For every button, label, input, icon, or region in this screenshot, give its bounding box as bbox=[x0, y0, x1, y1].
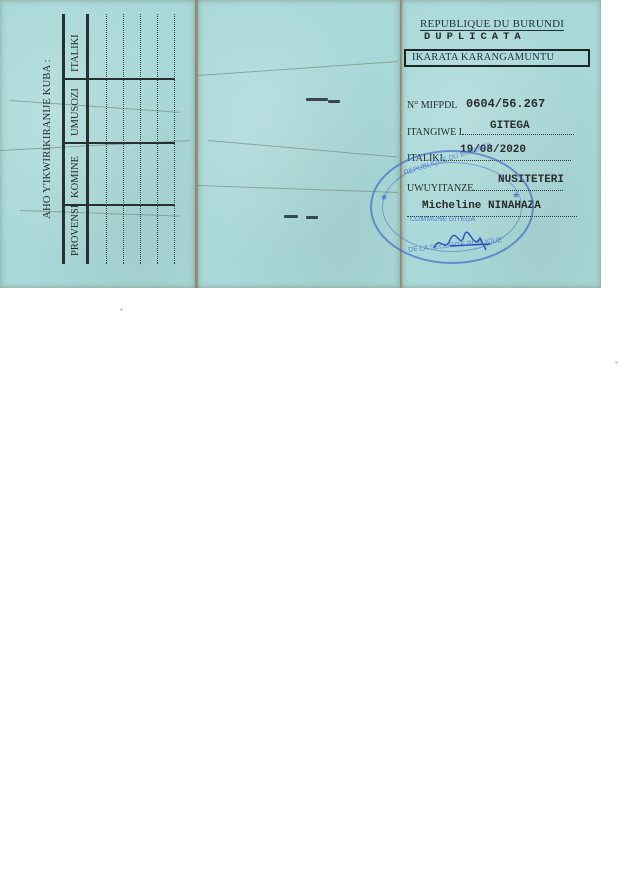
residence-table-title: AHO Y'IKWIRIKIRANIJE KUBA : bbox=[42, 14, 53, 264]
table-border-top bbox=[62, 14, 65, 264]
duplicate-label: DUPLICATA bbox=[424, 31, 526, 43]
crease bbox=[198, 61, 398, 76]
star-icon: ★ bbox=[512, 190, 520, 201]
table-row-line bbox=[174, 14, 175, 264]
column-divider bbox=[62, 142, 175, 144]
column-header-komine: KOMINE bbox=[70, 156, 81, 198]
column-header-italiki: ITALIKI bbox=[70, 34, 81, 72]
card-title: IKARATA KARANGAMUNTU bbox=[404, 49, 590, 67]
issued-at-value: GITEGA bbox=[490, 120, 530, 132]
number-label: N° MIFPDL bbox=[407, 100, 457, 111]
scanned-id-card: AHO Y'IKWIRIKIRANIJE KUBA : PROVENSI KOM… bbox=[0, 0, 602, 290]
staple bbox=[284, 215, 298, 218]
signature-icon bbox=[430, 228, 500, 258]
column-divider bbox=[62, 78, 175, 80]
column-divider bbox=[62, 204, 175, 206]
number-field: N° MIFPDL bbox=[407, 100, 457, 111]
issued-at-label: ITANGIWE I bbox=[407, 127, 462, 138]
crease bbox=[208, 140, 397, 158]
column-header-provensi: PROVENSI bbox=[70, 205, 81, 256]
table-row-line bbox=[123, 14, 124, 264]
table-row-line bbox=[157, 14, 158, 264]
stamp-commune-text: COMMUNE GITEGA bbox=[410, 216, 475, 223]
residence-history-page: AHO Y'IKWIRIKIRANIJE KUBA : PROVENSI KOM… bbox=[0, 0, 197, 288]
scan-speck bbox=[120, 308, 123, 311]
table-header-divider bbox=[86, 14, 89, 264]
staple bbox=[328, 100, 340, 103]
column-header-umusozi: UMUSOZI bbox=[70, 88, 81, 136]
number-value: 0604/56.267 bbox=[466, 97, 545, 111]
crease bbox=[198, 185, 398, 193]
staple bbox=[306, 98, 328, 101]
star-icon: ★ bbox=[380, 192, 388, 203]
blank-inner-page bbox=[197, 0, 402, 288]
scan-speck bbox=[615, 361, 618, 364]
residence-table: AHO Y'IKWIRIKIRANIJE KUBA : PROVENSI KOM… bbox=[36, 14, 176, 264]
country-heading: REPUBLIQUE DU BURUNDI bbox=[420, 18, 564, 31]
table-row-line bbox=[106, 14, 107, 264]
table-row-line bbox=[140, 14, 141, 264]
staple bbox=[306, 216, 318, 219]
